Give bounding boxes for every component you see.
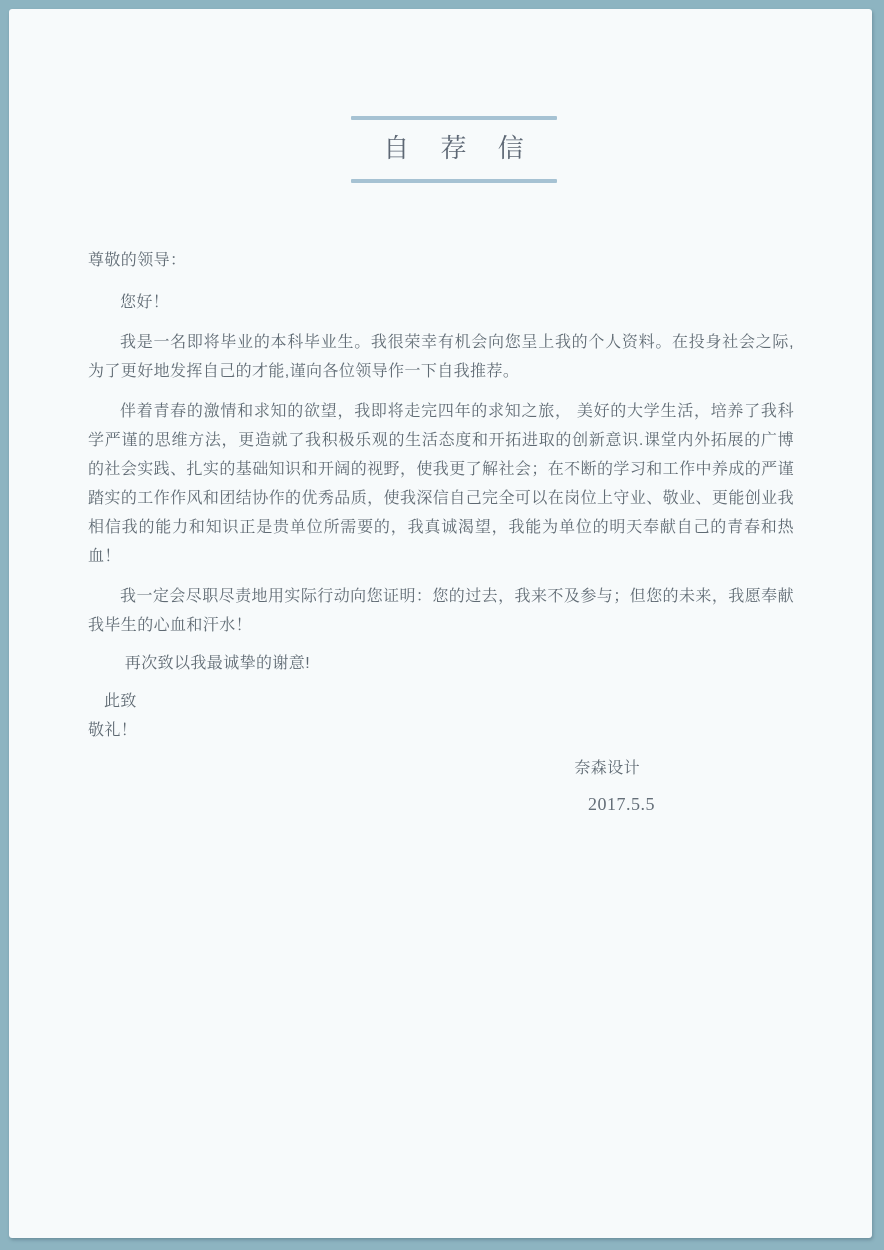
closing-cizhi: 此致: [88, 687, 794, 716]
paragraph-promise: 我一定会尽职尽责地用实际行动向您证明：您的过去，我来不及参与；但您的未来，我愿奉…: [88, 582, 794, 640]
signature-date: 2017.5.5: [88, 790, 794, 819]
letter-background: { "page": { "background_color": "#f7fafb…: [0, 0, 884, 1250]
thanks-line: 再次致以我最诚挚的谢意!: [88, 649, 794, 678]
signature-block: 奈森设计 2017.5.5: [88, 754, 794, 819]
letter-body: 尊敬的领导： 您好！ 我是一名即将毕业的本科毕业生。我很荣幸有机会向您呈上我的个…: [9, 246, 872, 819]
closing-jingli: 敬礼！: [88, 716, 794, 745]
title-block: 自 荐 信: [351, 116, 557, 183]
letter-page: 自 荐 信 尊敬的领导： 您好！ 我是一名即将毕业的本科毕业生。我很荣幸有机会向…: [9, 9, 872, 1238]
paragraph-main: 伴着青春的激情和求知的欲望，我即将走完四年的求知之旅， 美好的大学生活，培养了我…: [88, 397, 794, 571]
signature-name: 奈森设计: [88, 754, 794, 783]
salutation: 尊敬的领导：: [88, 246, 794, 275]
paragraph-intro: 我是一名即将毕业的本科毕业生。我很荣幸有机会向您呈上我的个人资料。在投身社会之际…: [88, 328, 794, 386]
greeting-line: 您好！: [88, 288, 794, 317]
title-rule-top: [351, 116, 557, 120]
title-rule-bottom: [351, 179, 557, 183]
page-title: 自 荐 信: [351, 134, 557, 162]
